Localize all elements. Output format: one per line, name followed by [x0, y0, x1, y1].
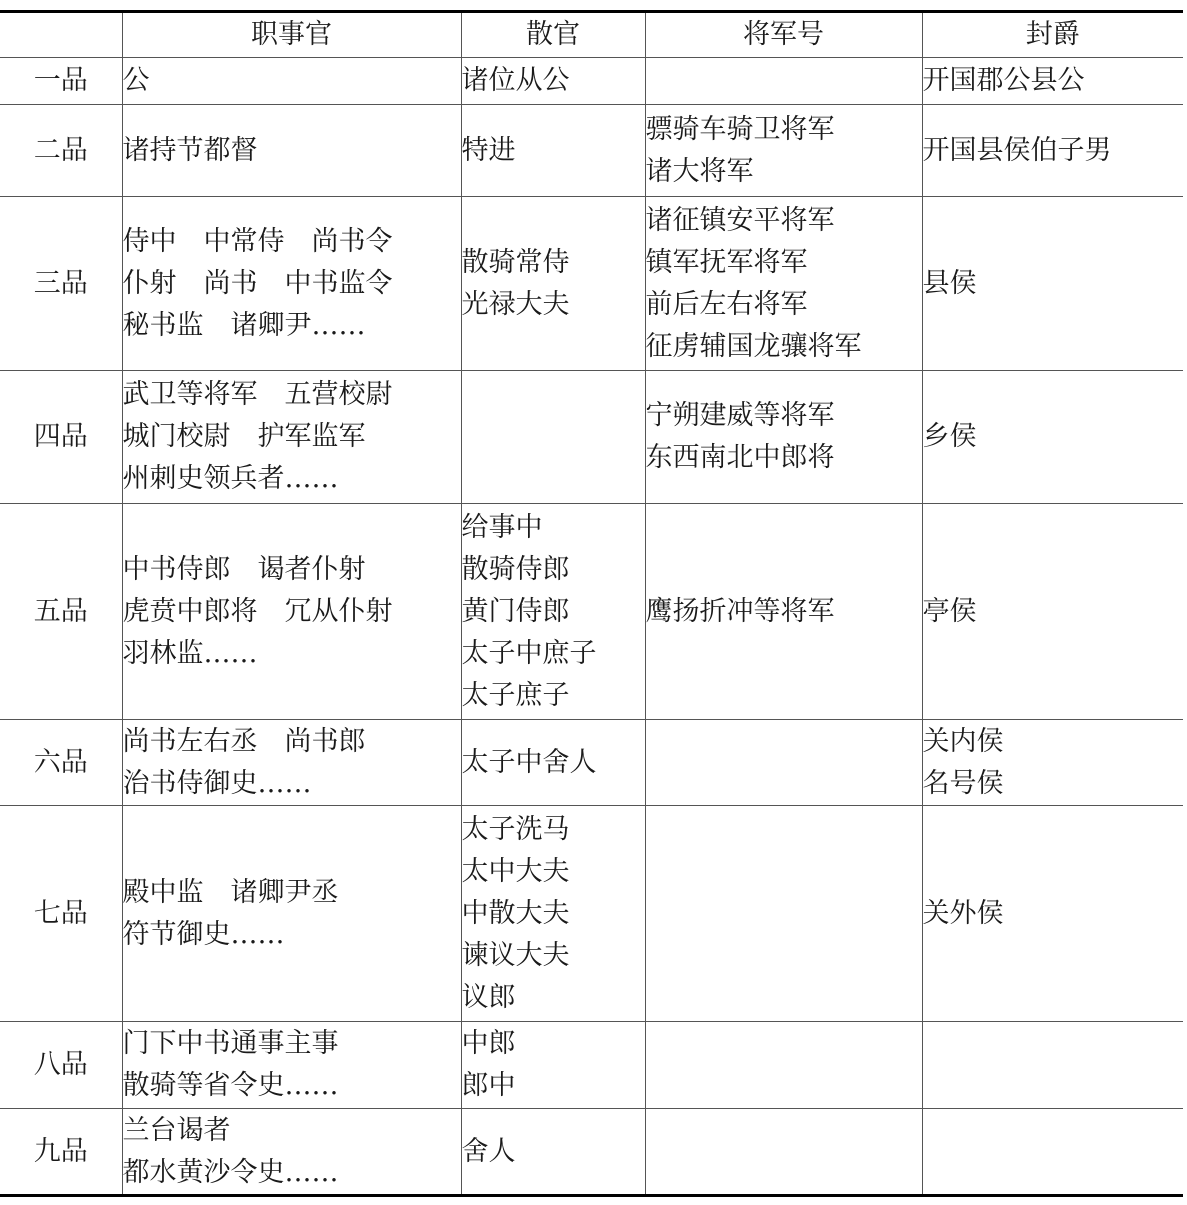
fengjue-cell: 乡侯	[922, 371, 1183, 504]
zhishiguan-cell: 兰台谒者都水黄沙令史……	[122, 1109, 461, 1196]
rank-cell: 七品	[0, 806, 122, 1022]
cell-line: 议郎	[462, 977, 645, 1019]
table-row: 七品殿中监 诸卿尹丞符节御史……太子洗马太中大夫中散大夫谏议大夫议郎关外侯	[0, 806, 1183, 1022]
fengjue-cell: 县侯	[922, 197, 1183, 371]
sanguan-cell: 诸位从公	[461, 58, 645, 105]
cell-line: 诸位从公	[462, 60, 645, 102]
table-row: 八品门下中书通事主事散骑等省令史……中郎郎中	[0, 1022, 1183, 1109]
jiangjunhao-cell	[645, 1109, 922, 1196]
cell-line: 治书侍御史……	[123, 763, 461, 805]
zhishiguan-cell: 中书侍郎 谒者仆射虎贲中郎将 冗从仆射羽林监……	[122, 504, 461, 720]
cell-line: 侍中 中常侍 尚书令	[123, 221, 461, 263]
fengjue-cell: 开国郡公县公	[922, 58, 1183, 105]
rank-cell: 三品	[0, 197, 122, 371]
rank-cell: 二品	[0, 105, 122, 197]
sanguan-cell: 舍人	[461, 1109, 645, 1196]
cell-line: 关内侯	[923, 721, 1184, 763]
zhishiguan-cell: 武卫等将军 五营校尉城门校尉 护军监军州刺史领兵者……	[122, 371, 461, 504]
rank-cell: 五品	[0, 504, 122, 720]
jiangjunhao-cell	[645, 806, 922, 1022]
cell-line: 开国县侯伯子男	[923, 130, 1184, 172]
cell-line: 开国郡公县公	[923, 60, 1184, 102]
cell-line: 太子洗马	[462, 809, 645, 851]
cell-line: 亭侯	[923, 591, 1184, 633]
header-jiangjunhao: 将军号	[645, 12, 922, 58]
jiangjunhao-cell: 宁朔建威等将军东西南北中郎将	[645, 371, 922, 504]
table-row: 九品兰台谒者都水黄沙令史……舍人	[0, 1109, 1183, 1196]
header-fengjue: 封爵	[922, 12, 1183, 58]
cell-line: 乡侯	[923, 416, 1184, 458]
fengjue-cell	[922, 1022, 1183, 1109]
cell-line: 郎中	[462, 1065, 645, 1107]
cell-line: 门下中书通事主事	[123, 1023, 461, 1065]
fengjue-cell: 关外侯	[922, 806, 1183, 1022]
cell-line: 公	[123, 60, 461, 102]
cell-line: 尚书左右丞 尚书郎	[123, 721, 461, 763]
jiangjunhao-cell: 鹰扬折冲等将军	[645, 504, 922, 720]
sanguan-cell	[461, 371, 645, 504]
cell-line: 中散大夫	[462, 893, 645, 935]
table-row: 二品诸持节都督特进骠骑车骑卫将军诸大将军开国县侯伯子男	[0, 105, 1183, 197]
sanguan-cell: 中郎郎中	[461, 1022, 645, 1109]
sanguan-cell: 给事中散骑侍郎黄门侍郎太子中庶子太子庶子	[461, 504, 645, 720]
header-zhishiguan: 职事官	[122, 12, 461, 58]
jiangjunhao-cell: 骠骑车骑卫将军诸大将军	[645, 105, 922, 197]
rank-cell: 四品	[0, 371, 122, 504]
header-row: 职事官 散官 将军号 封爵	[0, 12, 1183, 58]
cell-line: 太子中舍人	[462, 742, 645, 784]
cell-line: 太中大夫	[462, 851, 645, 893]
cell-line: 舍人	[462, 1131, 645, 1173]
cell-line: 武卫等将军 五营校尉	[123, 374, 461, 416]
jiangjunhao-cell	[645, 58, 922, 105]
zhishiguan-cell: 殿中监 诸卿尹丞符节御史……	[122, 806, 461, 1022]
cell-line: 前后左右将军	[646, 284, 922, 326]
header-rank	[0, 12, 122, 58]
table-row: 三品侍中 中常侍 尚书令仆射 尚书 中书监令秘书监 诸卿尹……散骑常侍光禄大夫诸…	[0, 197, 1183, 371]
cell-line: 名号侯	[923, 763, 1184, 805]
sanguan-cell: 特进	[461, 105, 645, 197]
cell-line: 城门校尉 护军监军	[123, 416, 461, 458]
cell-line: 太子中庶子	[462, 633, 645, 675]
cell-line: 诸持节都督	[123, 130, 461, 172]
table-row: 一品公诸位从公开国郡公县公	[0, 58, 1183, 105]
fengjue-cell: 亭侯	[922, 504, 1183, 720]
cell-line: 散骑等省令史……	[123, 1065, 461, 1107]
table-row: 六品尚书左右丞 尚书郎治书侍御史……太子中舍人关内侯名号侯	[0, 720, 1183, 806]
cell-line: 散骑侍郎	[462, 549, 645, 591]
cell-line: 符节御史……	[123, 914, 461, 956]
fengjue-cell	[922, 1109, 1183, 1196]
fengjue-cell: 开国县侯伯子男	[922, 105, 1183, 197]
official-rank-table: 职事官 散官 将军号 封爵 一品公诸位从公开国郡公县公二品诸持节都督特进骠骑车骑…	[0, 10, 1183, 1197]
cell-line: 给事中	[462, 507, 645, 549]
cell-line: 秘书监 诸卿尹……	[123, 305, 461, 347]
header-sanguan: 散官	[461, 12, 645, 58]
cell-line: 州刺史领兵者……	[123, 458, 461, 500]
cell-line: 黄门侍郎	[462, 591, 645, 633]
rank-cell: 一品	[0, 58, 122, 105]
fengjue-cell: 关内侯名号侯	[922, 720, 1183, 806]
cell-line: 鹰扬折冲等将军	[646, 591, 922, 633]
zhishiguan-cell: 公	[122, 58, 461, 105]
cell-line: 镇军抚军将军	[646, 242, 922, 284]
cell-line: 诸征镇安平将军	[646, 200, 922, 242]
cell-line: 骠骑车骑卫将军	[646, 109, 922, 151]
table-body: 一品公诸位从公开国郡公县公二品诸持节都督特进骠骑车骑卫将军诸大将军开国县侯伯子男…	[0, 58, 1183, 1196]
sanguan-cell: 太子中舍人	[461, 720, 645, 806]
cell-line: 兰台谒者	[123, 1110, 461, 1152]
cell-line: 关外侯	[923, 893, 1184, 935]
cell-line: 中书侍郎 谒者仆射	[123, 549, 461, 591]
cell-line: 征虏辅国龙骧将军	[646, 326, 922, 368]
cell-line: 特进	[462, 130, 645, 172]
sanguan-cell: 太子洗马太中大夫中散大夫谏议大夫议郎	[461, 806, 645, 1022]
rank-cell: 六品	[0, 720, 122, 806]
cell-line: 仆射 尚书 中书监令	[123, 263, 461, 305]
zhishiguan-cell: 侍中 中常侍 尚书令仆射 尚书 中书监令秘书监 诸卿尹……	[122, 197, 461, 371]
zhishiguan-cell: 诸持节都督	[122, 105, 461, 197]
cell-line: 谏议大夫	[462, 935, 645, 977]
cell-line: 光禄大夫	[462, 284, 645, 326]
jiangjunhao-cell	[645, 1022, 922, 1109]
table-row: 四品武卫等将军 五营校尉城门校尉 护军监军州刺史领兵者……宁朔建威等将军东西南北…	[0, 371, 1183, 504]
cell-line: 殿中监 诸卿尹丞	[123, 872, 461, 914]
zhishiguan-cell: 尚书左右丞 尚书郎治书侍御史……	[122, 720, 461, 806]
cell-line: 都水黄沙令史……	[123, 1152, 461, 1194]
cell-line: 散骑常侍	[462, 242, 645, 284]
cell-line: 羽林监……	[123, 633, 461, 675]
zhishiguan-cell: 门下中书通事主事散骑等省令史……	[122, 1022, 461, 1109]
jiangjunhao-cell	[645, 720, 922, 806]
cell-line: 虎贲中郎将 冗从仆射	[123, 591, 461, 633]
cell-line: 诸大将军	[646, 151, 922, 193]
table-row: 五品中书侍郎 谒者仆射虎贲中郎将 冗从仆射羽林监……给事中散骑侍郎黄门侍郎太子中…	[0, 504, 1183, 720]
rank-cell: 九品	[0, 1109, 122, 1196]
cell-line: 县侯	[923, 263, 1184, 305]
cell-line: 太子庶子	[462, 675, 645, 717]
sanguan-cell: 散骑常侍光禄大夫	[461, 197, 645, 371]
jiangjunhao-cell: 诸征镇安平将军镇军抚军将军前后左右将军征虏辅国龙骧将军	[645, 197, 922, 371]
cell-line: 宁朔建威等将军	[646, 395, 922, 437]
cell-line: 中郎	[462, 1023, 645, 1065]
rank-cell: 八品	[0, 1022, 122, 1109]
cell-line: 东西南北中郎将	[646, 437, 922, 479]
